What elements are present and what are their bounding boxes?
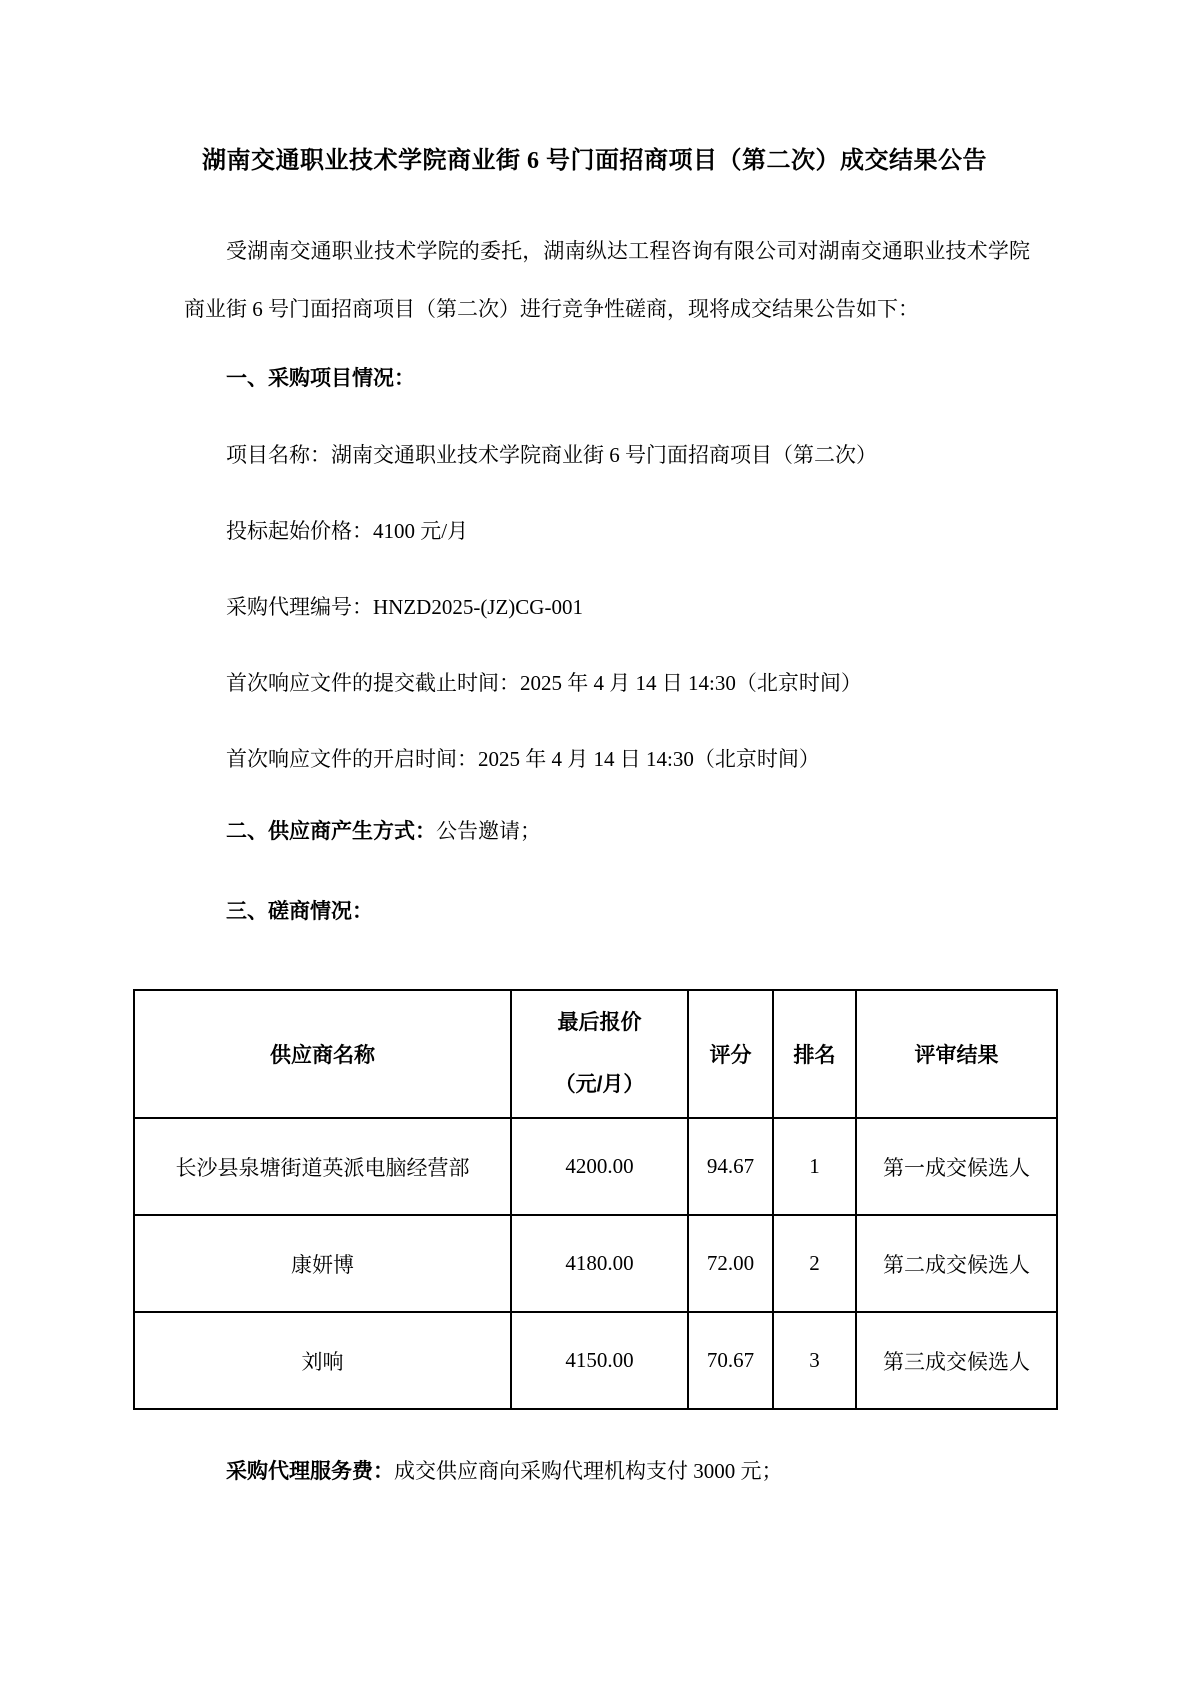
document-title: 湖南交通职业技术学院商业街 6 号门面招商项目（第二次）成交结果公告	[133, 146, 1056, 176]
agency-fee-text: 成交供应商向采购代理机构支付 3000 元；	[394, 1459, 783, 1483]
cell-supplier-name: 长沙县泉塘街道英派电脑经营部	[134, 1118, 511, 1215]
project-name-line: 项目名称：湖南交通职业技术学院商业街 6 号门面招商项目（第二次）	[184, 440, 1056, 470]
table-row: 长沙县泉塘街道英派电脑经营部 4200.00 94.67 1 第一成交候选人	[134, 1118, 1057, 1215]
header-score: 评分	[688, 990, 773, 1118]
section-2-line: 二、供应商产生方式：公告邀请；	[184, 816, 1056, 847]
cell-review-result: 第一成交候选人	[856, 1118, 1057, 1215]
document-page: 湖南交通职业技术学院商业街 6 号门面招商项目（第二次）成交结果公告 受湖南交通…	[0, 0, 1191, 1684]
cell-score: 94.67	[688, 1118, 773, 1215]
cell-final-price: 4150.00	[511, 1312, 688, 1409]
agency-number-line: 采购代理编号：HNZD2025-(JZ)CG-001	[184, 592, 1056, 622]
cell-review-result: 第三成交候选人	[856, 1312, 1057, 1409]
cell-rank: 1	[773, 1118, 856, 1215]
table-header-row: 供应商名称 最后报价 （元/月） 评分 排名 评审结果	[134, 990, 1057, 1118]
section-1-heading: 一、采购项目情况：	[184, 364, 1056, 394]
section-2-text: 公告邀请；	[436, 819, 541, 843]
header-final-price: 最后报价 （元/月）	[511, 990, 688, 1118]
opening-time-line: 首次响应文件的开启时间：2025 年 4 月 14 日 14:30（北京时间）	[184, 744, 1056, 774]
submission-deadline-line: 首次响应文件的提交截止时间：2025 年 4 月 14 日 14:30（北京时间…	[184, 668, 1056, 698]
negotiation-result-table: 供应商名称 最后报价 （元/月） 评分 排名 评审结果 长沙县泉塘街道英派电脑经…	[133, 989, 1058, 1410]
header-rank: 排名	[773, 990, 856, 1118]
starting-price-line: 投标起始价格：4100 元/月	[184, 516, 1056, 546]
section-2-heading: 二、供应商产生方式：	[226, 820, 436, 843]
agency-fee-label: 采购代理服务费：	[226, 1460, 394, 1483]
cell-final-price: 4180.00	[511, 1215, 688, 1312]
intro-paragraph: 受湖南交通职业技术学院的委托，湖南纵达工程咨询有限公司对湖南交通职业技术学院商业…	[184, 222, 1030, 338]
cell-supplier-name: 康妍博	[134, 1215, 511, 1312]
cell-supplier-name: 刘响	[134, 1312, 511, 1409]
table-row: 康妍博 4180.00 72.00 2 第二成交候选人	[134, 1215, 1057, 1312]
header-final-price-gap	[512, 1040, 687, 1068]
agency-fee-line: 采购代理服务费：成交供应商向采购代理机构支付 3000 元；	[184, 1456, 1056, 1487]
document-content: 湖南交通职业技术学院商业街 6 号门面招商项目（第二次）成交结果公告 受湖南交通…	[133, 0, 1056, 1487]
table-row: 刘响 4150.00 70.67 3 第三成交候选人	[134, 1312, 1057, 1409]
cell-rank: 2	[773, 1215, 856, 1312]
header-final-price-line1: 最后报价	[512, 1006, 687, 1040]
header-final-price-line2: （元/月）	[512, 1068, 687, 1102]
cell-score: 72.00	[688, 1215, 773, 1312]
section-3-heading: 三、磋商情况：	[184, 897, 1056, 927]
header-review-result: 评审结果	[856, 990, 1057, 1118]
cell-final-price: 4200.00	[511, 1118, 688, 1215]
cell-rank: 3	[773, 1312, 856, 1409]
header-supplier-name: 供应商名称	[134, 990, 511, 1118]
cell-review-result: 第二成交候选人	[856, 1215, 1057, 1312]
cell-score: 70.67	[688, 1312, 773, 1409]
